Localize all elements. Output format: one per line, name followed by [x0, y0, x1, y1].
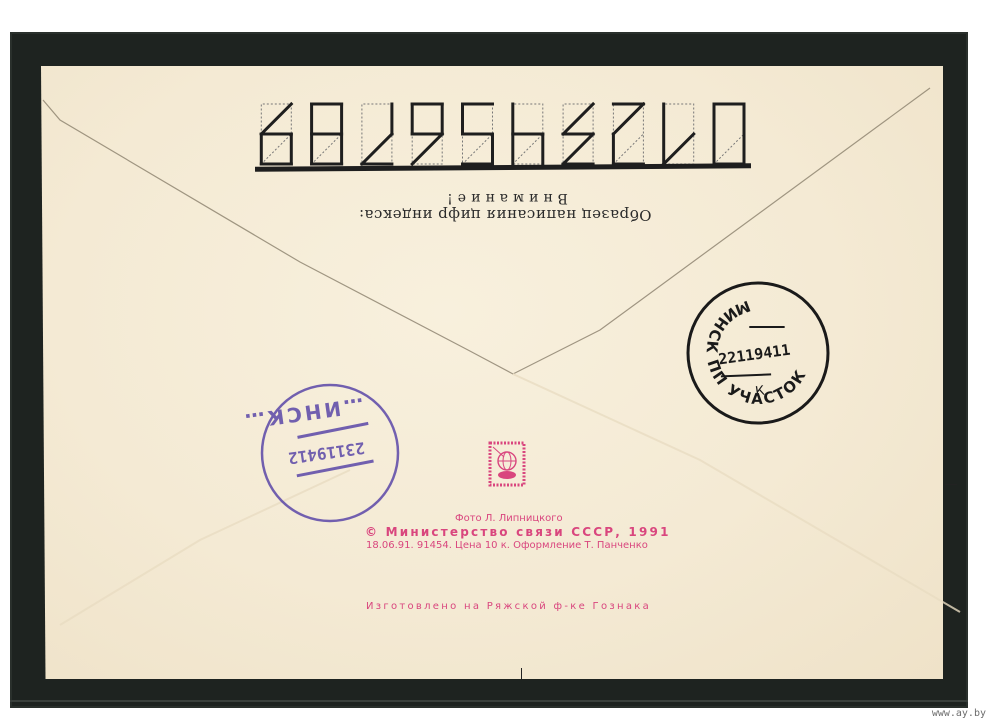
globe-stamp-logo-icon	[490, 443, 524, 485]
index-digit-samples	[261, 104, 744, 164]
imprint-manufacturer: Изготовлено на Ряжской ф-ке Гознака	[366, 601, 651, 612]
imprint-copyright: © Министерство связи СССР, 1991	[365, 525, 671, 539]
imprint-details: 18.06.91. 91454. Цена 10 к. Оформление Т…	[366, 540, 648, 551]
edge-tick-mark	[945, 484, 957, 485]
svg-text:22119411: 22119411	[717, 341, 791, 369]
watermark: www.ay.by	[932, 708, 986, 719]
index-heading: Внимание!	[330, 190, 680, 206]
index-instruction-text: Образец написания цифр индекса: Внимание…	[330, 188, 680, 224]
index-caption: Образец написания цифр индекса:	[330, 206, 680, 224]
imprint-photo-credit: Фото Л. Липницкого	[455, 513, 563, 524]
edge-tick-mark	[521, 668, 522, 679]
postmark-minsk: МИНСК ПП УЧАСТОК №1 22119411 К	[688, 283, 828, 423]
envelope-artwork: МИНСК ПП УЧАСТОК №1 22119411 К …ИНСК… 23…	[0, 0, 1000, 725]
svg-text:К: К	[754, 384, 765, 400]
postmark-arrival: …ИНСК… 23119412	[241, 385, 398, 521]
